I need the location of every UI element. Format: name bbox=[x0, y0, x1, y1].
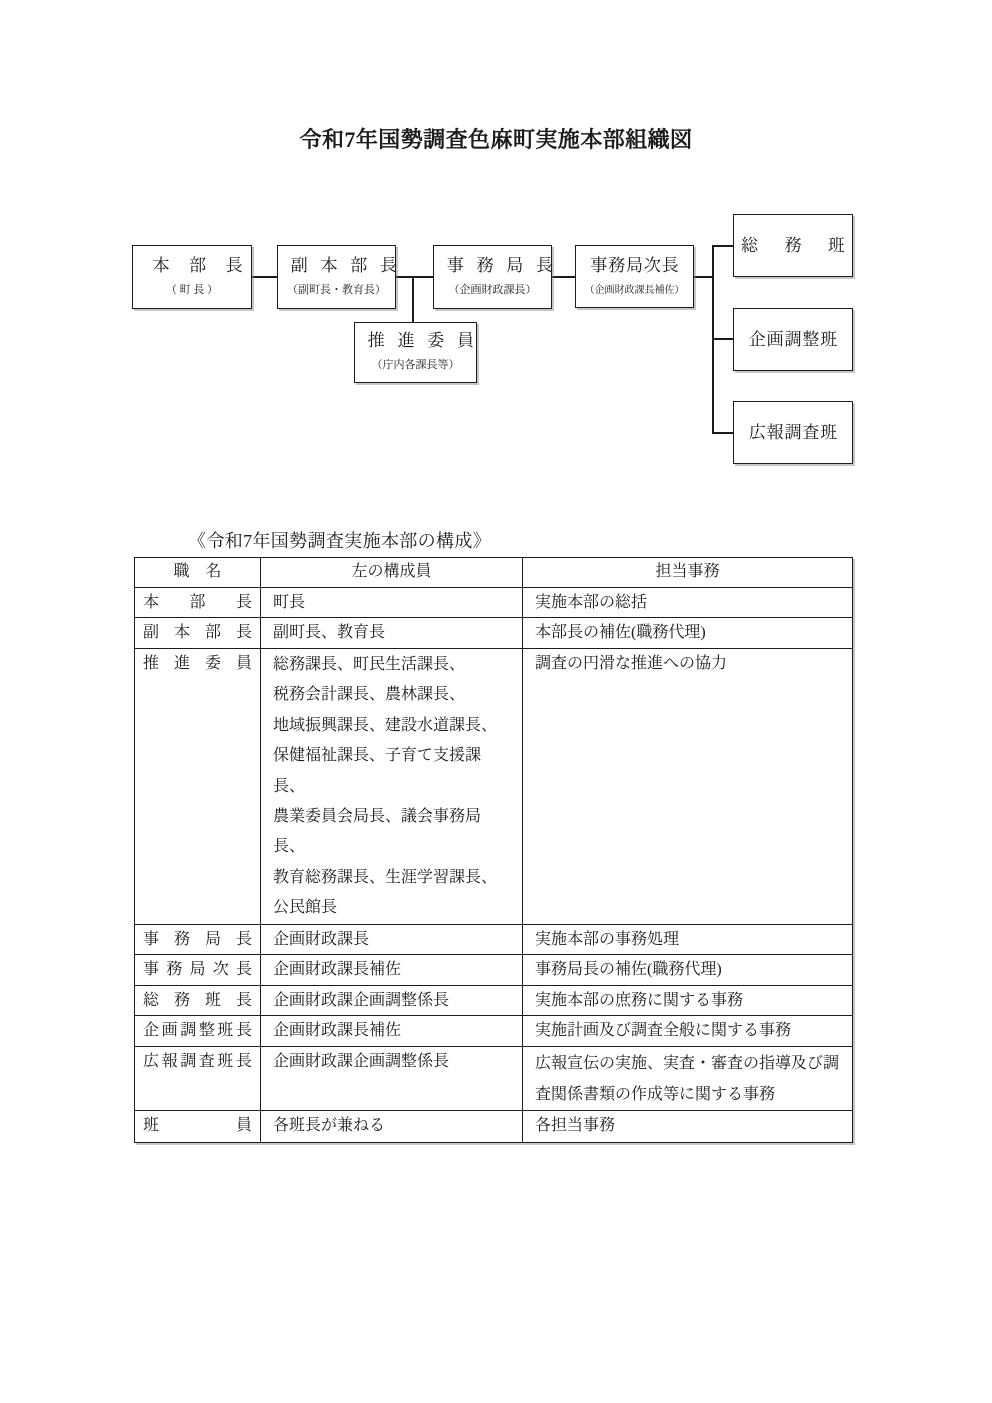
members-cell: 企画財政課長補佐 bbox=[261, 954, 523, 985]
connector-jicho-trunk bbox=[694, 276, 713, 278]
table-row: 企画調整班長 企画財政課長補佐 実施計画及び調査全般に関する事務 bbox=[135, 1015, 853, 1046]
table-row: 本部長 町長 実施本部の総括 bbox=[135, 588, 853, 618]
org-box-fuku-honbucho-label: 副本部長 bbox=[278, 246, 395, 277]
org-box-fuku-honbucho-sub: （副町長・教育長） bbox=[278, 284, 395, 297]
table-caption: 《令和7年国勢調査実施本部の構成》 bbox=[188, 527, 491, 553]
role-cell: 広報調査班長 bbox=[135, 1046, 261, 1110]
duty-cell: 実施本部の総括 bbox=[523, 588, 853, 618]
members-cell: 町長 bbox=[261, 588, 523, 618]
duty-cell: 調査の円滑な推進への協力 bbox=[523, 649, 853, 925]
table-row: 事務局次長 企画財政課長補佐 事務局長の補佐(職務代理) bbox=[135, 954, 853, 985]
drop-suishin-iin bbox=[412, 276, 414, 322]
role-cell: 総務班長 bbox=[135, 985, 261, 1015]
stub-kikaku-chosei-han bbox=[712, 338, 733, 340]
org-box-honbucho: 本部長 （ 町 長 ） bbox=[132, 245, 252, 309]
org-box-jimukyokucho-sub: （企画財政課長） bbox=[434, 284, 551, 297]
header-members: 左の構成員 bbox=[261, 558, 523, 588]
document-page: 令和7年国勢調査色麻町実施本部組織図 本部長 （ 町 長 ） 副本部長 （副町長… bbox=[0, 0, 992, 1403]
table-header-row: 職 名 左の構成員 担当事務 bbox=[135, 558, 853, 588]
header-role: 職 名 bbox=[135, 558, 261, 588]
table-row: 副本部長 副町長、教育長 本部長の補佐(職務代理) bbox=[135, 618, 853, 649]
table-row: 広報調査班長 企画財政課企画調整係長 広報宣伝の実施、実査・審査の指導及び調査関… bbox=[135, 1046, 853, 1110]
members-cell: 総務課長、町民生活課長、 税務会計課長、農林課長、 地域振興課長、建設水道課長、… bbox=[261, 649, 523, 925]
composition-table: 職 名 左の構成員 担当事務 本部長 町長 実施本部の総括 副本部長 副町長、教… bbox=[134, 557, 853, 1143]
org-box-jimukyoku-jicho-sub: （企画財政課長補佐） bbox=[576, 284, 693, 297]
role-cell: 事務局次長 bbox=[135, 954, 261, 985]
role-cell: 企画調整班長 bbox=[135, 1015, 261, 1046]
org-box-somu-han-label: 総務班 bbox=[715, 235, 871, 257]
org-box-somu-han: 総務班 bbox=[733, 214, 853, 277]
org-box-jimukyoku-jicho: 事務局次長 （企画財政課長補佐） bbox=[575, 245, 694, 308]
stub-koho-chosa-han bbox=[712, 432, 733, 434]
org-box-jimukyokucho: 事務局長 （企画財政課長） bbox=[433, 245, 552, 309]
members-cell: 企画財政課長 bbox=[261, 924, 523, 954]
org-box-fuku-honbucho: 副本部長 （副町長・教育長） bbox=[277, 245, 396, 309]
duty-cell: 本部長の補佐(職務代理) bbox=[523, 618, 853, 649]
table-row: 推進委員 総務課長、町民生活課長、 税務会計課長、農林課長、 地域振興課長、建設… bbox=[135, 649, 853, 925]
members-cell: 企画財政課長補佐 bbox=[261, 1015, 523, 1046]
role-cell: 班員 bbox=[135, 1110, 261, 1142]
org-box-suishin-iin: 推進委員 （庁内各課長等） bbox=[354, 322, 477, 383]
members-cell: 企画財政課企画調整係長 bbox=[261, 985, 523, 1015]
duty-cell: 各担当事務 bbox=[523, 1110, 853, 1142]
org-box-kikaku-chosei-han-label: 企画調整班 bbox=[748, 329, 838, 351]
table-row: 事務局長 企画財政課長 実施本部の事務処理 bbox=[135, 924, 853, 954]
role-cell: 副本部長 bbox=[135, 618, 261, 649]
role-cell: 推進委員 bbox=[135, 649, 261, 925]
members-cell: 副町長、教育長 bbox=[261, 618, 523, 649]
duty-cell: 実施本部の事務処理 bbox=[523, 924, 853, 954]
org-box-jimukyokucho-label: 事務局長 bbox=[434, 246, 551, 277]
org-box-jimukyoku-jicho-label: 事務局次長 bbox=[576, 246, 693, 277]
org-box-honbucho-label: 本部長 bbox=[133, 246, 251, 277]
org-box-koho-chosa-han-label: 広報調査班 bbox=[748, 422, 838, 444]
org-box-koho-chosa-han: 広報調査班 bbox=[733, 401, 853, 464]
org-box-suishin-iin-label: 推進委員 bbox=[355, 323, 476, 352]
members-cell: 企画財政課企画調整係長 bbox=[261, 1046, 523, 1110]
table-row: 班員 各班長が兼ねる 各担当事務 bbox=[135, 1110, 853, 1142]
duty-cell: 実施本部の庶務に関する事務 bbox=[523, 985, 853, 1015]
duty-cell: 事務局長の補佐(職務代理) bbox=[523, 954, 853, 985]
header-duties: 担当事務 bbox=[523, 558, 853, 588]
duty-cell: 実施計画及び調査全般に関する事務 bbox=[523, 1015, 853, 1046]
table-row: 総務班長 企画財政課企画調整係長 実施本部の庶務に関する事務 bbox=[135, 985, 853, 1015]
duty-cell: 広報宣伝の実施、実査・審査の指導及び調査関係書類の作成等に関する事務 bbox=[523, 1046, 853, 1110]
org-box-suishin-iin-sub: （庁内各課長等） bbox=[355, 359, 476, 372]
role-cell: 本部長 bbox=[135, 588, 261, 618]
role-cell: 事務局長 bbox=[135, 924, 261, 954]
org-box-kikaku-chosei-han: 企画調整班 bbox=[733, 308, 853, 371]
page-title: 令和7年国勢調査色麻町実施本部組織図 bbox=[0, 123, 992, 154]
members-cell: 各班長が兼ねる bbox=[261, 1110, 523, 1142]
org-box-honbucho-sub: （ 町 長 ） bbox=[133, 284, 251, 297]
